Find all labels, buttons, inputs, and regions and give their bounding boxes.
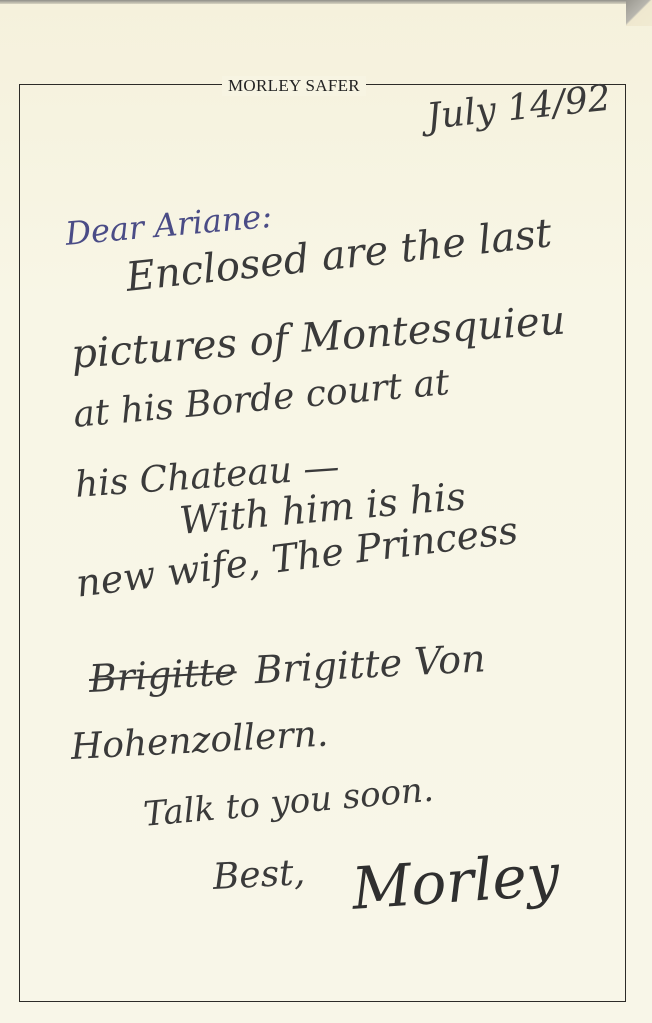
letterhead-name: MORLEY SAFER bbox=[222, 76, 366, 96]
scan-edge-shadow bbox=[0, 0, 652, 4]
struck-through-word: Brigitte bbox=[88, 649, 238, 701]
folded-corner bbox=[626, 0, 652, 26]
signature: Morley bbox=[350, 846, 561, 918]
letter-paper: MORLEY SAFER July 14/92 Dear Ariane: Enc… bbox=[0, 0, 652, 1023]
sign-off: Best, bbox=[212, 855, 306, 896]
